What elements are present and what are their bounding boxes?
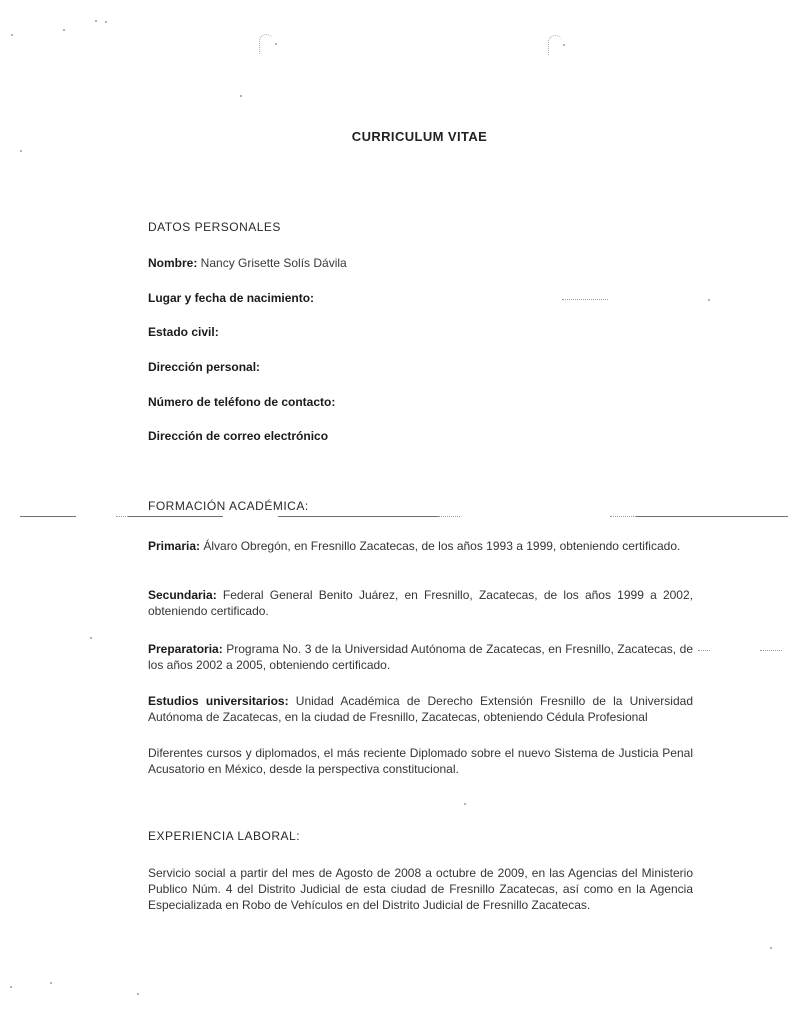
- field-estado-civil: Estado civil:: [148, 325, 219, 339]
- field-telefono: Número de teléfono de contacto:: [148, 395, 335, 409]
- education-cursos-diplomados: Diferentes cursos y diplomados, el más r…: [148, 745, 693, 777]
- field-value: Nancy Grisette Solís Dávila: [197, 256, 346, 270]
- entry-text: Federal General Benito Juárez, en Fresni…: [148, 588, 693, 618]
- scan-speck: [770, 947, 772, 949]
- scan-dots: [610, 516, 636, 517]
- scan-dots: [760, 650, 782, 651]
- scan-dots: [562, 299, 608, 300]
- entry-text: Diferentes cursos y diplomados, el más r…: [148, 746, 693, 776]
- field-label: Lugar y fecha de nacimiento:: [148, 291, 314, 305]
- scan-speck: [105, 21, 107, 23]
- field-lugar-fecha-nacimiento: Lugar y fecha de nacimiento:: [148, 291, 314, 305]
- scan-speck: [90, 637, 92, 639]
- scan-speck: [708, 299, 710, 301]
- entry-label: Primaria:: [148, 539, 200, 553]
- section-heading-personal: DATOS PERSONALES: [148, 220, 281, 234]
- entry-label: Secundaria:: [148, 588, 217, 602]
- education-preparatoria: Preparatoria: Programa No. 3 de la Unive…: [148, 641, 693, 673]
- entry-label: Estudios universitarios:: [148, 694, 289, 708]
- punch-hole-mark: [548, 35, 562, 55]
- education-primaria: Primaria: Álvaro Obregón, en Fresnillo Z…: [148, 538, 693, 554]
- field-correo: Dirección de correo electrónico: [148, 429, 328, 443]
- scan-speck: [63, 29, 65, 31]
- section-heading-education: FORMACIÓN ACADÉMICA:: [148, 499, 309, 513]
- field-direccion-personal: Dirección personal:: [148, 360, 260, 374]
- field-nombre: Nombre: Nancy Grisette Solís Dávila: [148, 256, 347, 270]
- scan-dots: [438, 516, 460, 517]
- scan-speck: [50, 982, 52, 984]
- field-label: Dirección de correo electrónico: [148, 429, 328, 443]
- scan-speck: [563, 44, 565, 46]
- entry-label: Preparatoria:: [148, 642, 223, 656]
- horizontal-rule: [128, 516, 223, 517]
- education-secundaria: Secundaria: Federal General Benito Juáre…: [148, 587, 693, 619]
- scan-speck: [10, 986, 12, 988]
- scan-speck: [11, 34, 13, 36]
- section-heading-experience: EXPERIENCIA LABORAL:: [148, 829, 300, 843]
- scan-speck: [95, 20, 97, 22]
- education-universitarios: Estudios universitarios: Unidad Académic…: [148, 693, 693, 725]
- punch-hole-mark: [259, 34, 273, 54]
- experience-servicio-social: Servicio social a partir del mes de Agos…: [148, 865, 693, 913]
- scan-speck: [137, 993, 139, 995]
- field-label: Estado civil:: [148, 325, 219, 339]
- entry-text: Álvaro Obregón, en Fresnillo Zacatecas, …: [200, 539, 680, 553]
- horizontal-rule: [636, 516, 788, 517]
- entry-text: Programa No. 3 de la Universidad Autónom…: [148, 642, 693, 672]
- scan-dots: [116, 516, 128, 517]
- horizontal-rule: [20, 516, 76, 517]
- scan-speck: [464, 803, 466, 805]
- scan-speck: [20, 150, 22, 152]
- field-label: Número de teléfono de contacto:: [148, 395, 335, 409]
- horizontal-rule: [278, 516, 438, 517]
- field-label: Dirección personal:: [148, 360, 260, 374]
- scan-dots: [698, 650, 710, 651]
- scan-speck: [275, 43, 277, 45]
- scanned-page: CURRICULUM VITAE DATOS PERSONALES Nombre…: [0, 0, 793, 1024]
- document-title: CURRICULUM VITAE: [0, 129, 793, 144]
- scan-speck: [240, 95, 242, 97]
- entry-text: Servicio social a partir del mes de Agos…: [148, 866, 693, 912]
- field-label: Nombre:: [148, 256, 197, 270]
